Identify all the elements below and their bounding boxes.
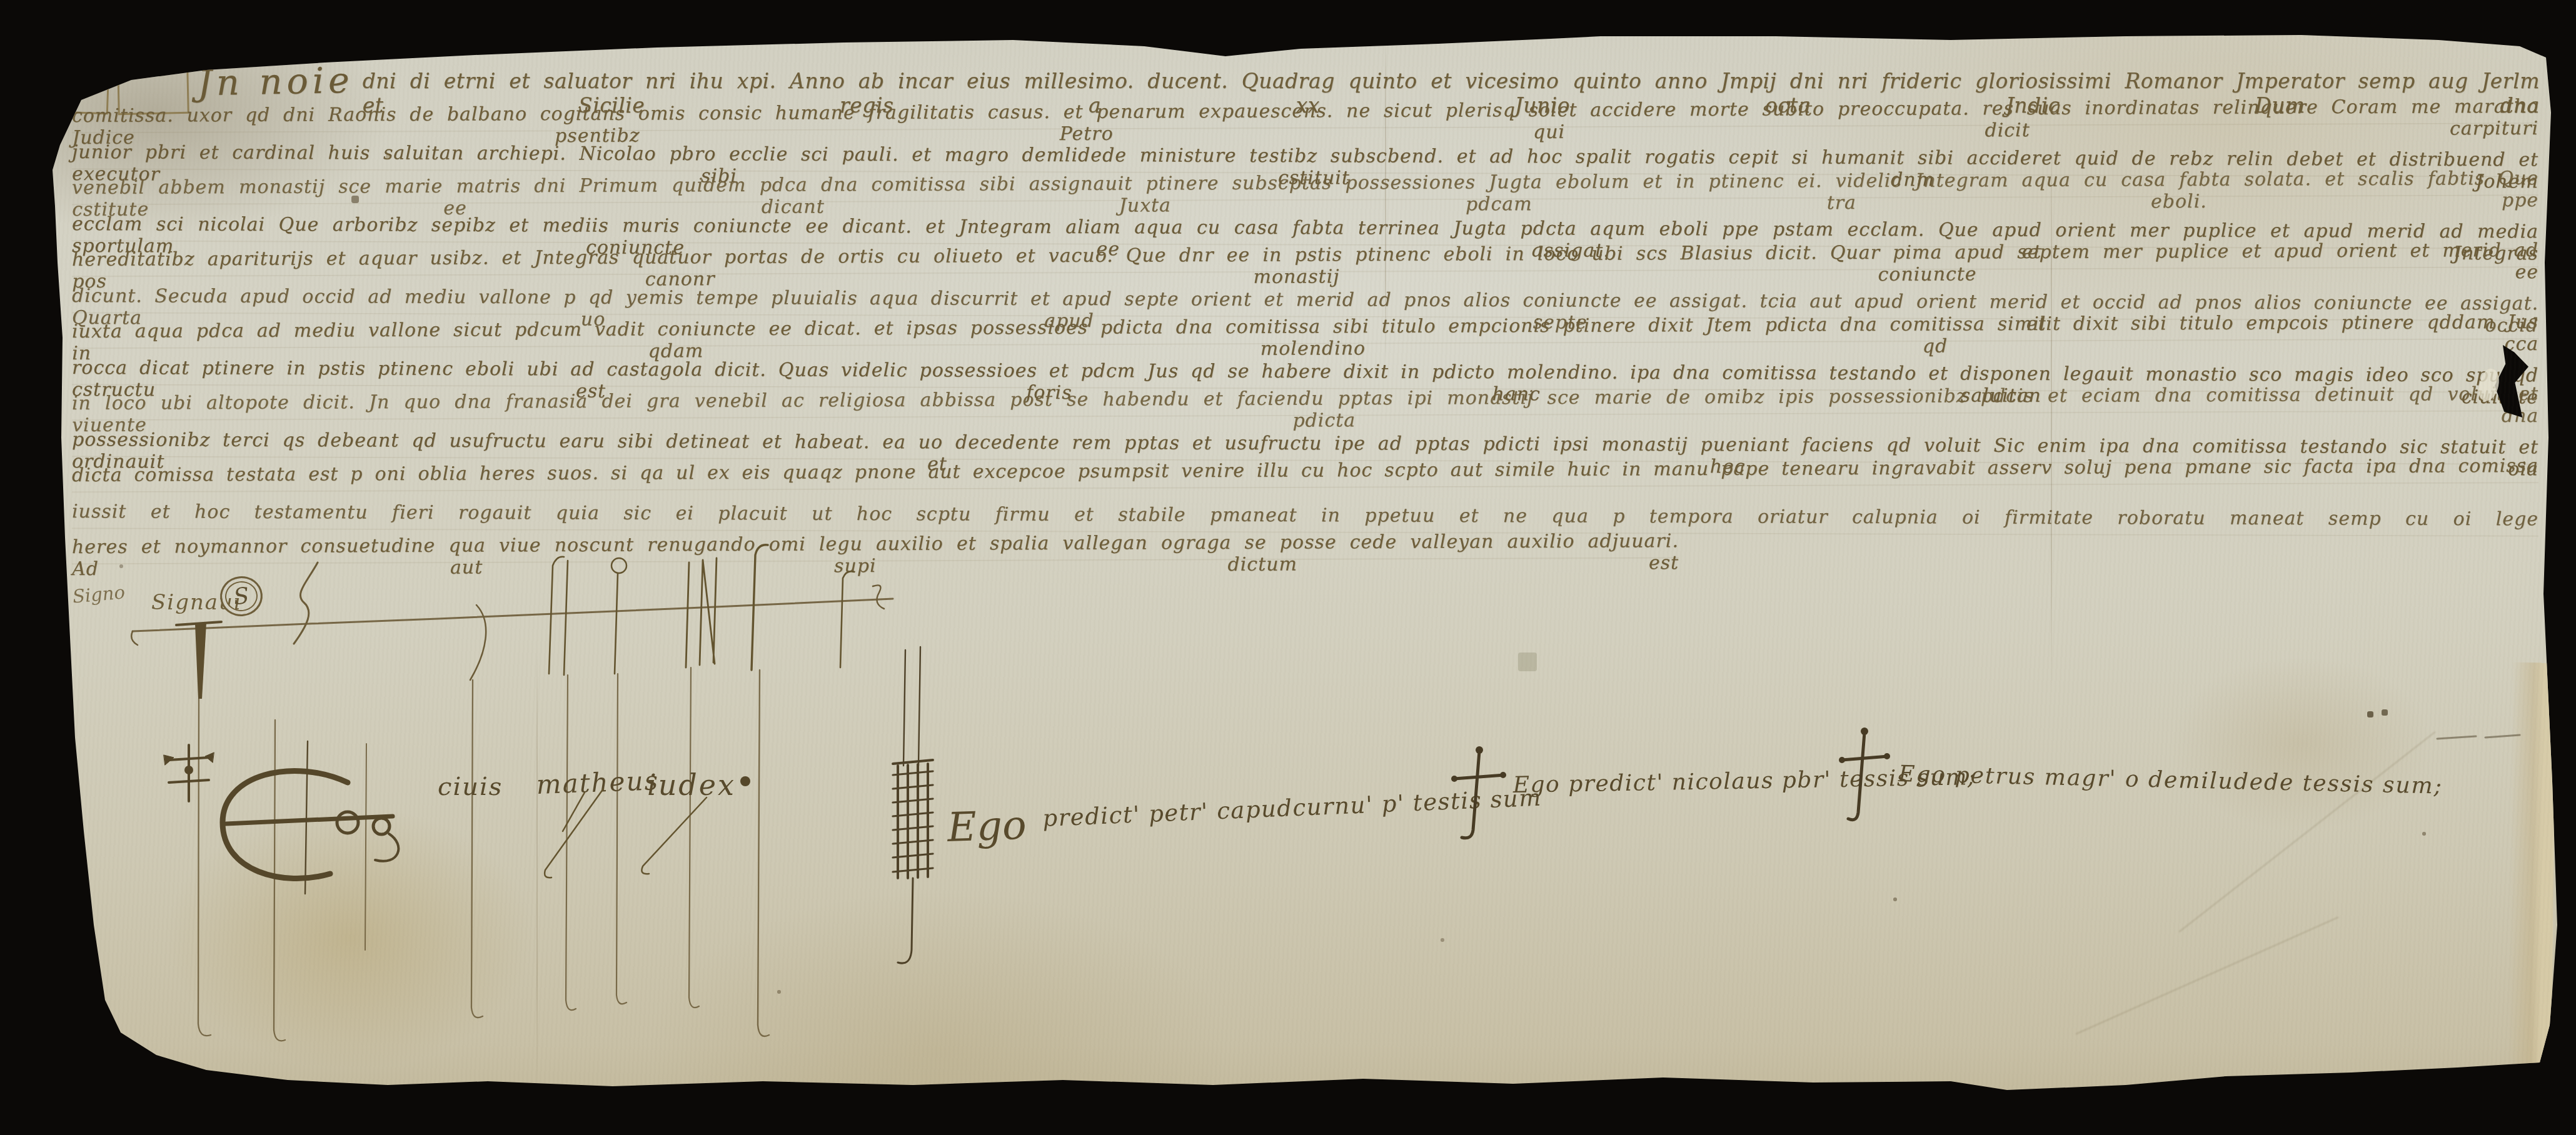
curled-edge-highlight [2507,662,2556,1076]
subscription-word: matheus [536,765,660,800]
parchment-sheet: Jn noie dni di etrni et saluator nri ihu… [0,0,2576,1135]
judge-ego-monogram [223,741,398,894]
witness-ego: Ego [946,802,1027,851]
photograph-stage: Jn noie dni di etrni et saluator nri ihu… [0,0,2576,1135]
manuscript-lines: comitissa. uxor qd dni Raonis de balbano… [72,105,2538,572]
fold-crease [536,650,538,1087]
invocation-lead-text: Jn noie [197,60,354,104]
ink-specks [0,0,1,1]
margin-signum-word: Signo [72,581,126,607]
wrinkle-crease [2179,731,2436,932]
subscription-descenders [198,667,769,1041]
wrinkle-crease [2075,917,2338,1035]
witness-signature-1: Ego predict' petr' capudcurnu' p' testis… [946,784,1542,851]
subscription-word: ciuis [438,772,503,801]
witness-text: predict' petr' capudcurnu' p' testis sum [1042,784,1542,832]
witness-hatched-cross-icon [893,647,933,963]
judge-subscription-words: ciuis matheus iudex [438,765,750,877]
judge-cross-icon [164,745,214,801]
manuscript-line: heres et noymannor consuetudine qua viue… [72,530,1679,572]
witness-cross-icon [1839,727,1890,820]
edge-scratch-marks [2437,735,2520,739]
witness-text: Ego predict' nicolaus pbr' tessis sum; [1512,764,1976,798]
subscription-word: iudex [647,768,736,802]
witness-text: Ego petrus magr' o demiludede tessis sum… [1898,761,2443,799]
witness-cross-icon [1451,746,1506,838]
signum-letter: S [233,582,251,609]
signum-t-wedge [176,622,221,699]
